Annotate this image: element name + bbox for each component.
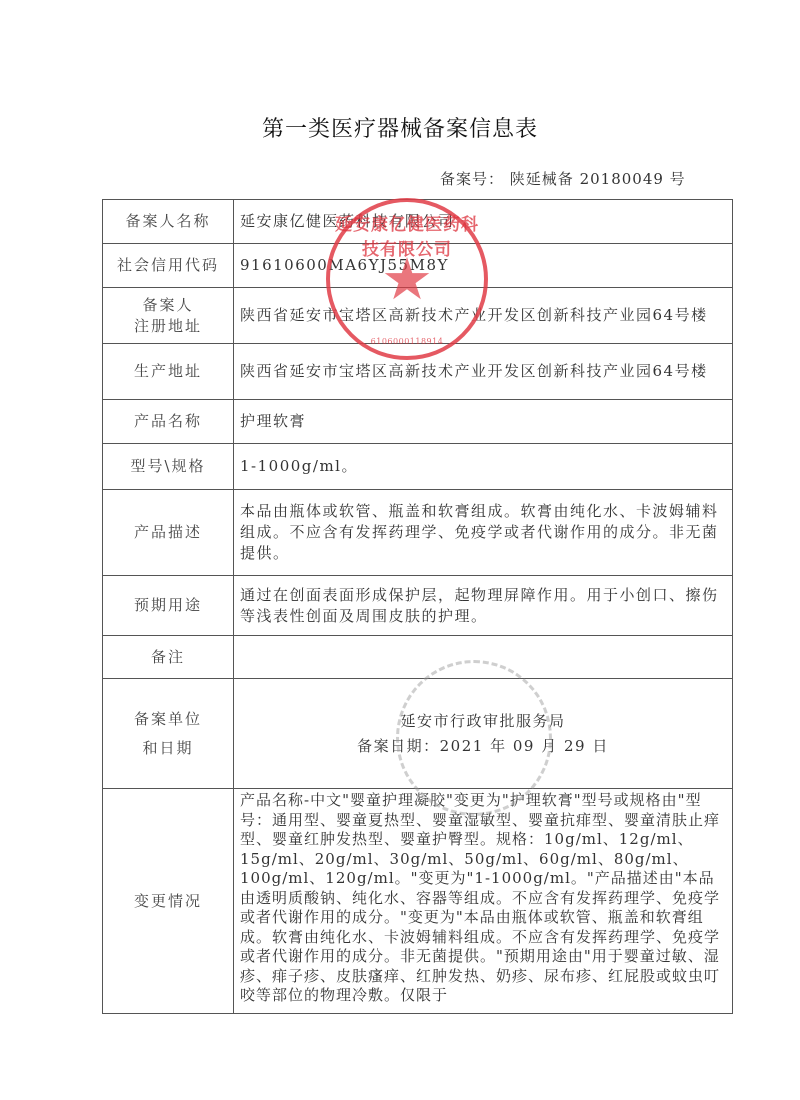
label-product-description: 产品描述 — [103, 490, 234, 576]
table-row: 备案人名称 延安康亿健医药科技有限公司 — [103, 200, 733, 244]
value-product-description: 本品由瓶体或软管、瓶盖和软膏组成。软膏由纯化水、卡波姆辅料组成。不应含有发挥药理… — [234, 490, 733, 576]
table-row: 备案人 注册地址 陕西省延安市宝塔区高新技术产业开发区创新科技产业园64号楼 — [103, 288, 733, 344]
table-row: 预期用途 通过在创面表面形成保护层，起物理屏障作用。用于小创口、擦伤等浅表性创面… — [103, 576, 733, 636]
value-product-name: 护理软膏 — [234, 400, 733, 444]
table-row: 社会信用代码 91610600MA6YJ55M8Y — [103, 244, 733, 288]
value-change-history: 产品名称-中文"婴童护理凝胶"变更为"护理软膏"型号或规格由"型号：通用型、婴童… — [234, 789, 733, 1014]
table-row: 备案单位 和日期 延安市行政审批服务局 备案日期：2021 年 09 月 29 … — [103, 679, 733, 789]
label-production-address: 生产地址 — [103, 344, 234, 400]
document-title: 第一类医疗器械备案信息表 — [0, 112, 800, 143]
table-row: 型号\规格 1-1000g/ml。 — [103, 444, 733, 490]
label-filing-unit-date: 备案单位 和日期 — [103, 679, 234, 789]
value-production-address: 陕西省延安市宝塔区高新技术产业开发区创新科技产业园64号楼 — [234, 344, 733, 400]
value-filer-name: 延安康亿健医药科技有限公司 — [234, 200, 733, 244]
label-line: 和日期 — [109, 738, 227, 759]
table-row: 生产地址 陕西省延安市宝塔区高新技术产业开发区创新科技产业园64号楼 — [103, 344, 733, 400]
table-row: 产品描述 本品由瓶体或软管、瓶盖和软膏组成。软膏由纯化水、卡波姆辅料组成。不应含… — [103, 490, 733, 576]
value-credit-code: 91610600MA6YJ55M8Y — [234, 244, 733, 288]
filing-date: 备案日期：2021 年 09 月 29 日 — [240, 736, 726, 757]
filing-info-table: 备案人名称 延安康亿健医药科技有限公司 社会信用代码 91610600MA6YJ… — [102, 199, 733, 1014]
label-remarks: 备注 — [103, 636, 234, 679]
table-row: 变更情况 产品名称-中文"婴童护理凝胶"变更为"护理软膏"型号或规格由"型号：通… — [103, 789, 733, 1014]
record-number: 备案号： 陕延械备 20180049 号 — [440, 168, 686, 189]
label-credit-code: 社会信用代码 — [103, 244, 234, 288]
filing-authority: 延安市行政审批服务局 — [240, 711, 726, 732]
table-row: 备注 — [103, 636, 733, 679]
label-line: 备案单位 — [109, 709, 227, 730]
label-registered-address: 备案人 注册地址 — [103, 288, 234, 344]
value-registered-address: 陕西省延安市宝塔区高新技术产业开发区创新科技产业园64号楼 — [234, 288, 733, 344]
label-product-name: 产品名称 — [103, 400, 234, 444]
label-change-history: 变更情况 — [103, 789, 234, 1014]
label-model-spec: 型号\规格 — [103, 444, 234, 490]
label-filer-name: 备案人名称 — [103, 200, 234, 244]
value-filing-unit-date: 延安市行政审批服务局 备案日期：2021 年 09 月 29 日 — [234, 679, 733, 789]
record-number-value: 陕延械备 20180049 号 — [510, 170, 686, 188]
record-number-label: 备案号： — [440, 170, 504, 188]
label-intended-use: 预期用途 — [103, 576, 234, 636]
value-model-spec: 1-1000g/ml。 — [234, 444, 733, 490]
label-line: 备案人 — [109, 295, 227, 316]
label-line: 注册地址 — [109, 316, 227, 337]
value-intended-use: 通过在创面表面形成保护层，起物理屏障作用。用于小创口、擦伤等浅表性创面及周围皮肤… — [234, 576, 733, 636]
value-remarks — [234, 636, 733, 679]
table-row: 产品名称 护理软膏 — [103, 400, 733, 444]
